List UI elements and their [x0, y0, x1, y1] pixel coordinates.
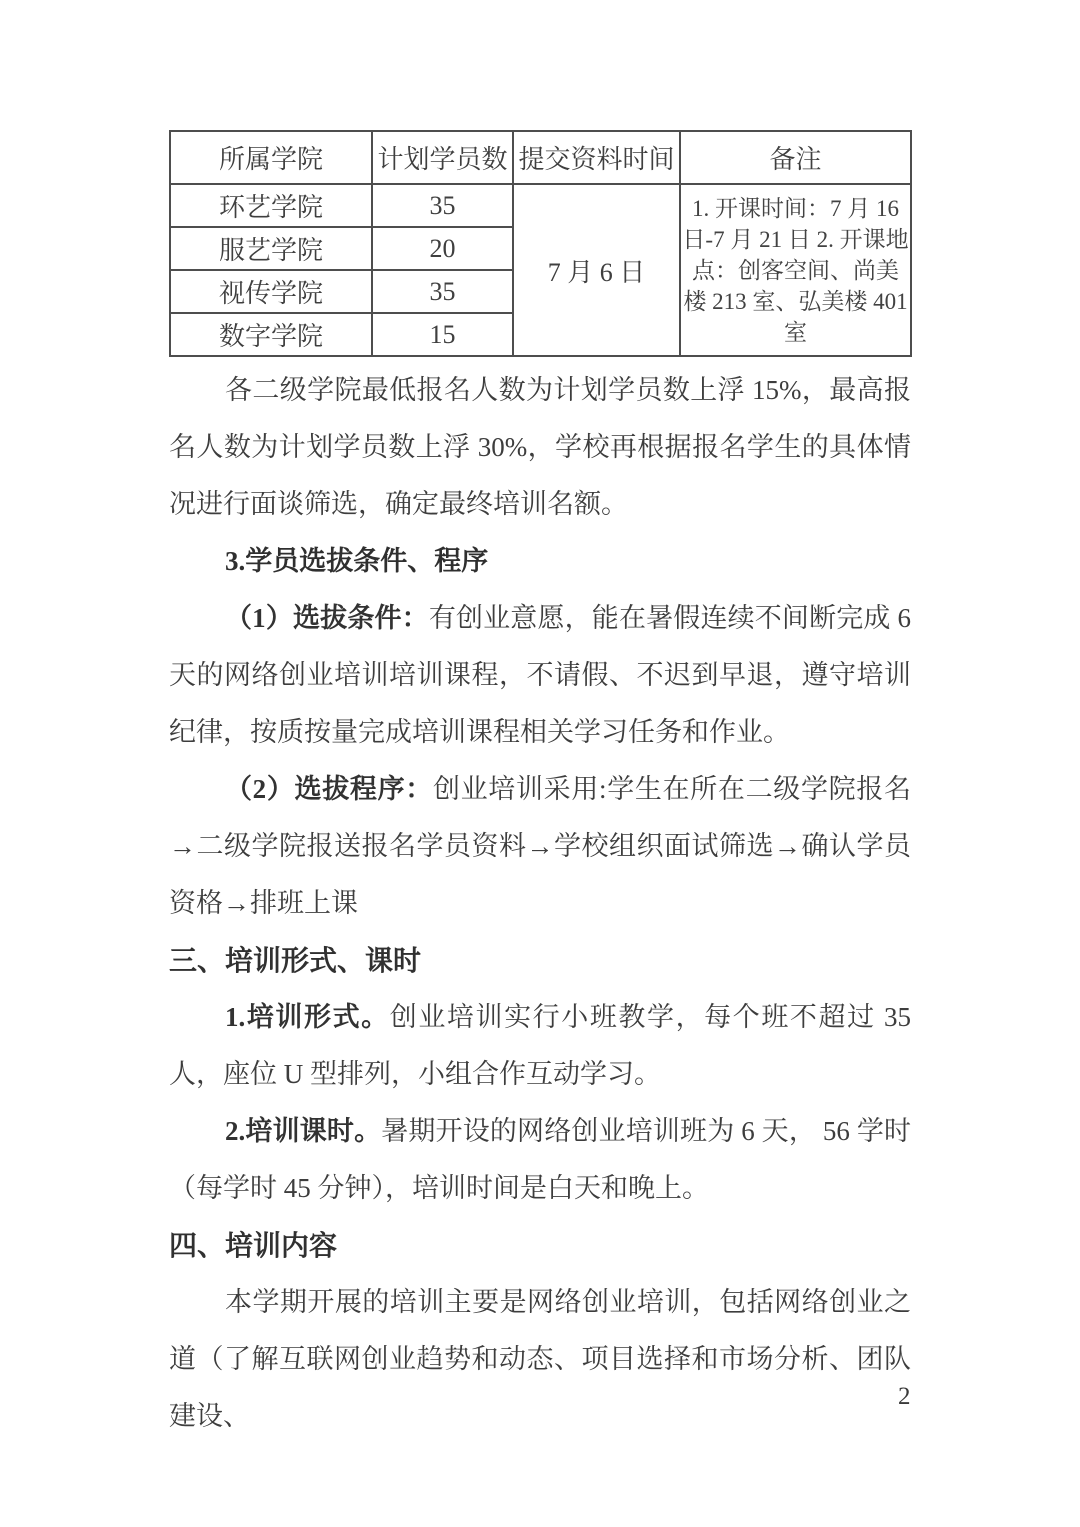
- section-heading-3: 三、培训形式、课时: [169, 932, 911, 989]
- section-heading-4: 四、培训内容: [169, 1217, 911, 1274]
- paragraph-training-hours: 2.培训课时。暑期开设的网络创业培训班为 6 天， 56 学时（每学时 45 分…: [169, 1103, 911, 1217]
- table-row: 环艺学院 35 7 月 6 日 1. 开课时间：7 月 16 日-7 月 21 …: [170, 184, 911, 227]
- training-format-label: 1.培训形式。: [225, 1002, 390, 1032]
- header-college: 所属学院: [170, 131, 372, 184]
- paragraph-quota: 各二级学院最低报名人数为计划学员数上浮 15%，最高报名人数为计划学员数上浮 3…: [169, 362, 911, 533]
- planned-count: 15: [372, 313, 513, 356]
- paragraph-selection-procedure: （2）选拔程序：创业培训采用:学生在所在二级学院报名→二级学院报送报名学员资料→…: [169, 761, 911, 932]
- college-name: 数字学院: [170, 313, 372, 356]
- college-name: 环艺学院: [170, 184, 372, 227]
- document-page: 所属学院 计划学员数 提交资料时间 备注 环艺学院 35 7 月 6 日 1. …: [0, 0, 1080, 1527]
- selection-criteria-label: （1）选拔条件：: [225, 603, 429, 633]
- college-name: 视传学院: [170, 270, 372, 313]
- remark-cell: 1. 开课时间：7 月 16 日-7 月 21 日 2. 开课地点：创客空间、尚…: [680, 184, 911, 356]
- document-body-text: 各二级学院最低报名人数为计划学员数上浮 15%，最高报名人数为计划学员数上浮 3…: [169, 362, 911, 1445]
- enrollment-table: 所属学院 计划学员数 提交资料时间 备注 环艺学院 35 7 月 6 日 1. …: [169, 130, 912, 357]
- paragraph-training-format: 1.培训形式。创业培训实行小班教学，每个班不超过 35 人，座位 U 型排列，小…: [169, 989, 911, 1103]
- header-planned-count: 计划学员数: [372, 131, 513, 184]
- paragraph-training-content: 本学期开展的培训主要是网络创业培训，包括网络创业之道（了解互联网创业趋势和动态、…: [169, 1274, 911, 1445]
- paragraph-selection-criteria: （1）选拔条件：有创业意愿，能在暑假连续不间断完成 6 天的网络创业培训培训课程…: [169, 590, 911, 761]
- page-number: 2: [898, 1383, 911, 1411]
- header-remark: 备注: [680, 131, 911, 184]
- planned-count: 35: [372, 270, 513, 313]
- submit-time-cell: 7 月 6 日: [513, 184, 680, 356]
- planned-count: 35: [372, 184, 513, 227]
- subheading-selection: 3.学员选拔条件、程序: [169, 533, 911, 590]
- college-name: 服艺学院: [170, 227, 372, 270]
- training-hours-label: 2.培训课时。: [225, 1116, 381, 1146]
- header-submit-time: 提交资料时间: [513, 131, 680, 184]
- planned-count: 20: [372, 227, 513, 270]
- table-header-row: 所属学院 计划学员数 提交资料时间 备注: [170, 131, 911, 184]
- document-content: 所属学院 计划学员数 提交资料时间 备注 环艺学院 35 7 月 6 日 1. …: [169, 130, 911, 1445]
- selection-procedure-label: （2）选拔程序：: [225, 774, 433, 804]
